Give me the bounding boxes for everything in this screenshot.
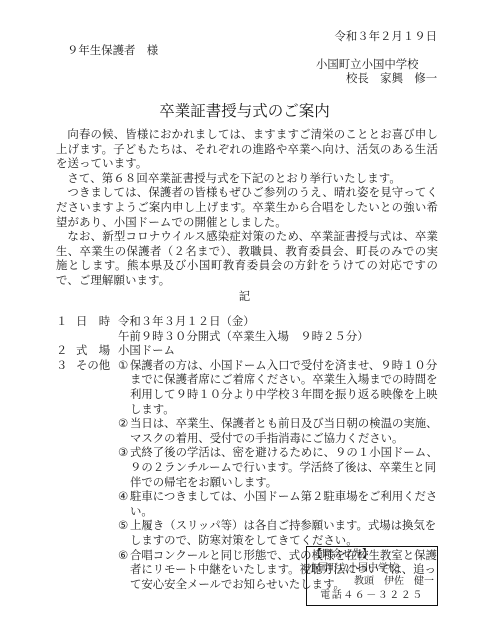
contact-phone: 電話４６－３２２５ bbox=[308, 589, 436, 603]
body-text: 向春の候、皆様におかれましては、ますますご清栄のこととお喜び申し上げます。子ども… bbox=[56, 127, 438, 288]
contact-school: 小国町立小国中学校 bbox=[308, 562, 436, 576]
item-label: 式 場 bbox=[76, 343, 118, 358]
paragraph-invitation: つきましては、保護者の皆様もぜひご参列のうえ、晴れ姿を見守ってくださいますようご… bbox=[56, 185, 438, 229]
paragraph-covid-notice: なお、新型コロナウイルス感染症対策のため、卒業証書授与式は、卒業生、卒業生の保護… bbox=[56, 229, 438, 287]
contact-heading: 【問合せ先】 bbox=[308, 548, 436, 562]
ki-heading: 記 bbox=[0, 289, 489, 303]
item-datetime: １ 日 時 令和３年３月１２日（金） 午前９時３０分開式（卒業生入場 ９時２５分… bbox=[56, 314, 440, 343]
document-date: 令和３年２月１９日 bbox=[334, 29, 437, 43]
contact-box: 【問合せ先】 小国町立小国中学校 教頭 伊佐 健一 電話４６－３２２５ bbox=[306, 546, 438, 606]
note-text: 式終了後の学活は、密を避けるために、９の１小国ドーム、９の２ランチルームで行いま… bbox=[130, 445, 440, 489]
item-label: 日 時 bbox=[76, 314, 118, 343]
note-text: 駐車につきましては、小国ドーム第２駐車場をご利用ください。 bbox=[130, 489, 440, 518]
note-text: 当日は、卒業生、保護者とも前日及び当日朝の検温の実施、マスクの着用、受付での手指… bbox=[130, 416, 440, 445]
note-mark: ③ bbox=[118, 445, 130, 489]
contact-person: 教頭 伊佐 健一 bbox=[308, 575, 436, 589]
sender-school: 小国町立小国中学校 bbox=[316, 57, 419, 71]
note-1: ① 保護者の方は、小国ドーム入口で受付を済ませ、９時１０分までに保護者席にご着席… bbox=[118, 358, 440, 416]
item-label: その他 bbox=[76, 358, 118, 592]
note-mark: ⑥ bbox=[118, 548, 130, 592]
note-4: ④ 駐車につきましては、小国ドーム第２駐車場をご利用ください。 bbox=[118, 489, 440, 518]
note-text: 上履き（スリッパ等）は各自ご持参願います。式場は換気をしますので、防寒対策をして… bbox=[130, 518, 440, 547]
item-venue: ２ 式 場 小国ドーム bbox=[56, 343, 440, 358]
note-5: ⑤ 上履き（スリッパ等）は各自ご持参願います。式場は換気をしますので、防寒対策を… bbox=[118, 518, 440, 547]
note-mark: ④ bbox=[118, 489, 130, 518]
item-date: 令和３年３月１２日（金） bbox=[118, 314, 440, 329]
note-text: 保護者の方は、小国ドーム入口で受付を済ませ、９時１０分までに保護者席にご着席くだ… bbox=[130, 358, 440, 416]
note-mark: ① bbox=[118, 358, 130, 416]
item-venue-value: 小国ドーム bbox=[118, 343, 440, 358]
sender-principal: 校長 家興 修一 bbox=[346, 71, 437, 85]
paragraph-announcement: さて、第６８回卒業証書授与式を下記のとおり挙行いたします。 bbox=[56, 171, 438, 186]
note-mark: ② bbox=[118, 416, 130, 445]
paragraph-greeting: 向春の候、皆様におかれましては、ますますご清栄のこととお喜び申し上げます。子ども… bbox=[56, 127, 438, 171]
note-2: ② 当日は、卒業生、保護者とも前日及び当日朝の検温の実施、マスクの着用、受付での… bbox=[118, 416, 440, 445]
note-3: ③ 式終了後の学活は、密を避けるために、９の１小国ドーム、９の２ランチルームで行… bbox=[118, 445, 440, 489]
note-mark: ⑤ bbox=[118, 518, 130, 547]
item-number: ３ bbox=[56, 358, 76, 592]
recipient: ９年生保護者 様 bbox=[67, 43, 158, 57]
item-number: ２ bbox=[56, 343, 76, 358]
item-number: １ bbox=[56, 314, 76, 343]
item-time: 午前９時３０分開式（卒業生入場 ９時２５分） bbox=[118, 329, 440, 344]
page-title: 卒業証書授与式のご案内 bbox=[0, 102, 489, 120]
